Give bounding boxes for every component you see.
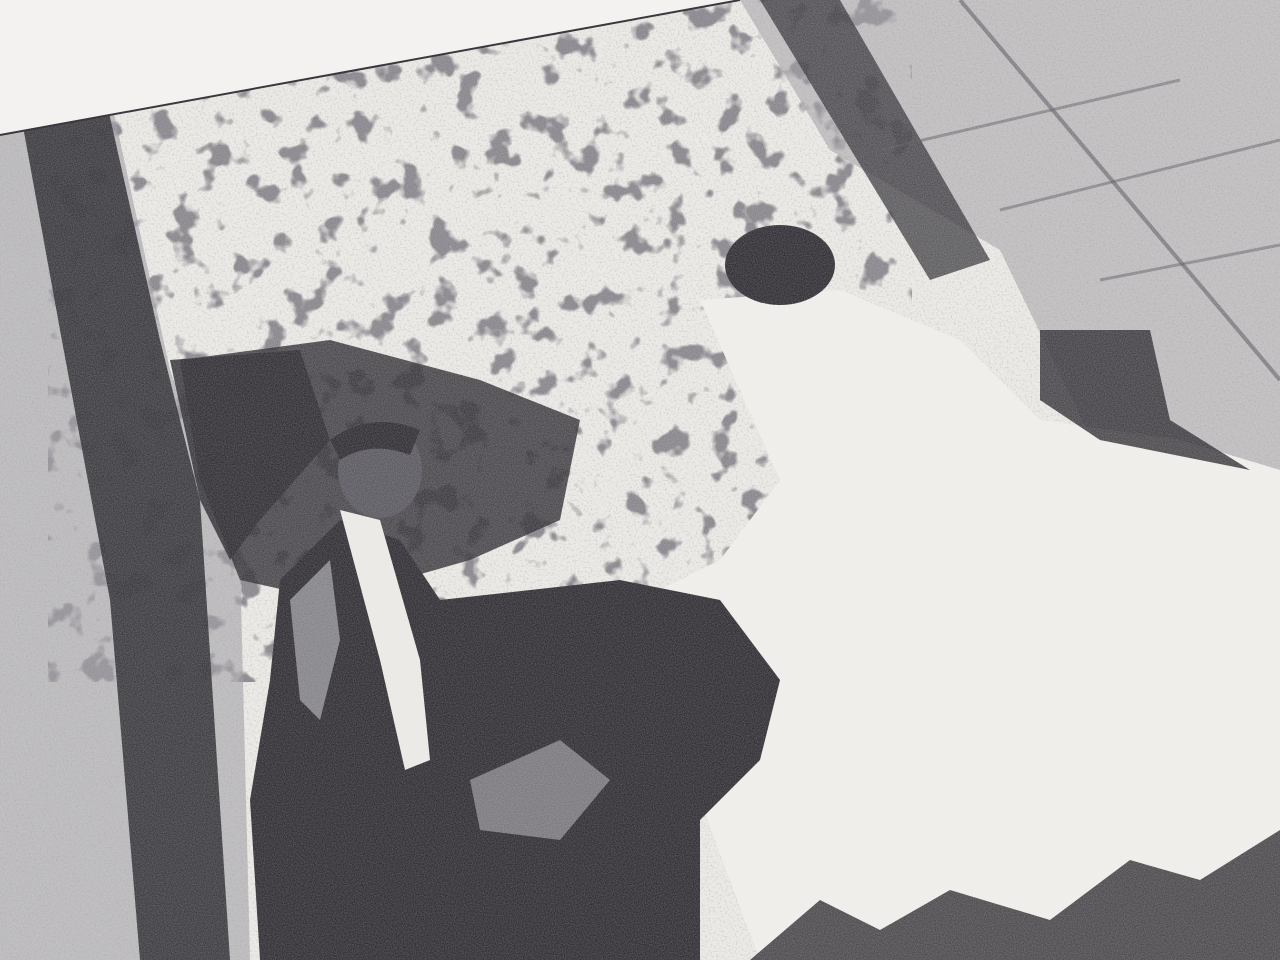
photograph: A man in a dark suit jacket and a woman … bbox=[0, 0, 1280, 960]
screen-print-artwork bbox=[0, 0, 1280, 960]
